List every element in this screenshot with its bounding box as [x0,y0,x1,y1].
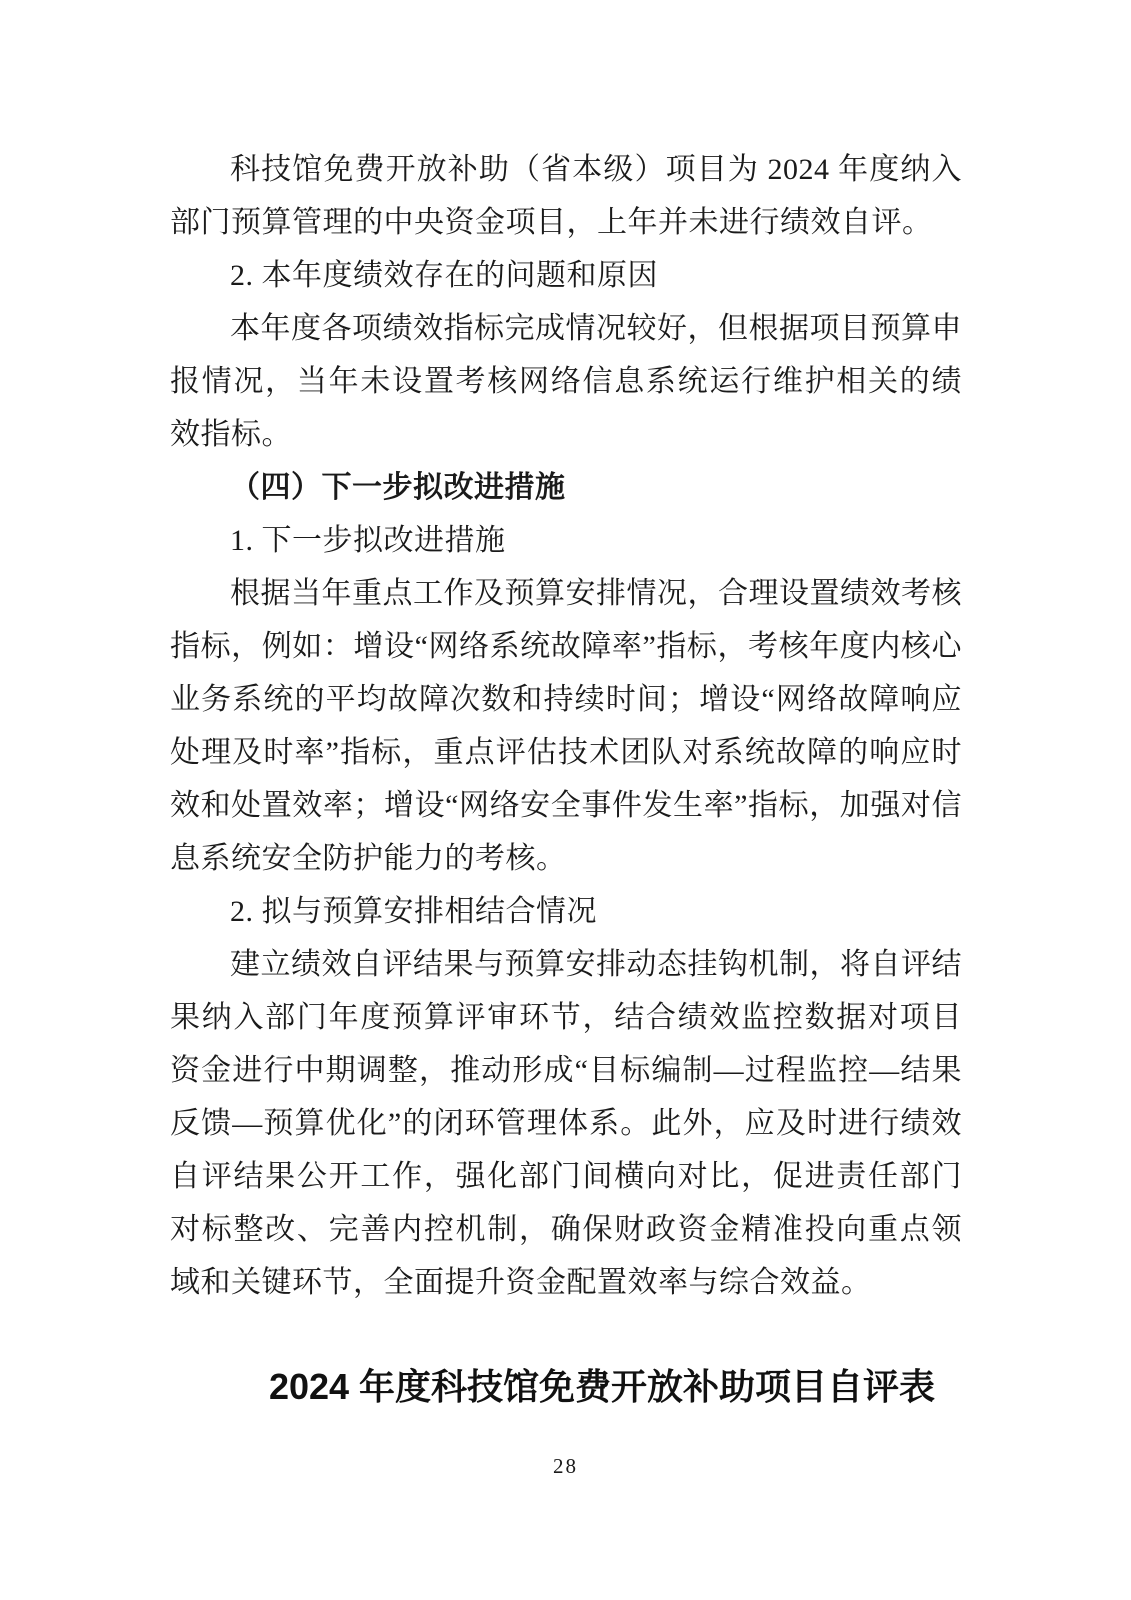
paragraph-improvement-body: 根据当年重点工作及预算安排情况，合理设置绩效考核指标，例如：增设“网络系统故障率… [170,567,962,885]
self-evaluation-table-title: 2024 年度科技馆免费开放补助项目自评表 [170,1362,962,1412]
paragraph-improvement-heading: 1. 下一步拟改进措施 [170,514,962,567]
paragraph-issues-body: 本年度各项绩效指标完成情况较好，但根据项目预算申报情况，当年未设置考核网络信息系… [170,302,962,461]
section-heading-improvement: （四）下一步拟改进措施 [170,461,962,514]
document-body: 科技馆免费开放补助（省本级）项目为 2024 年度纳入部门预算管理的中央资金项目… [170,143,962,1309]
page-number: 28 [0,1454,1131,1479]
document-page: 科技馆免费开放补助（省本级）项目为 2024 年度纳入部门预算管理的中央资金项目… [0,0,1131,1600]
paragraph-budget-body: 建立绩效自评结果与预算安排动态挂钩机制，将自评结果纳入部门年度预算评审环节，结合… [170,938,962,1309]
paragraph-budget-heading: 2. 拟与预算安排相结合情况 [170,885,962,938]
paragraph-issues-heading: 2. 本年度绩效存在的问题和原因 [170,249,962,302]
paragraph-intro: 科技馆免费开放补助（省本级）项目为 2024 年度纳入部门预算管理的中央资金项目… [170,143,962,249]
